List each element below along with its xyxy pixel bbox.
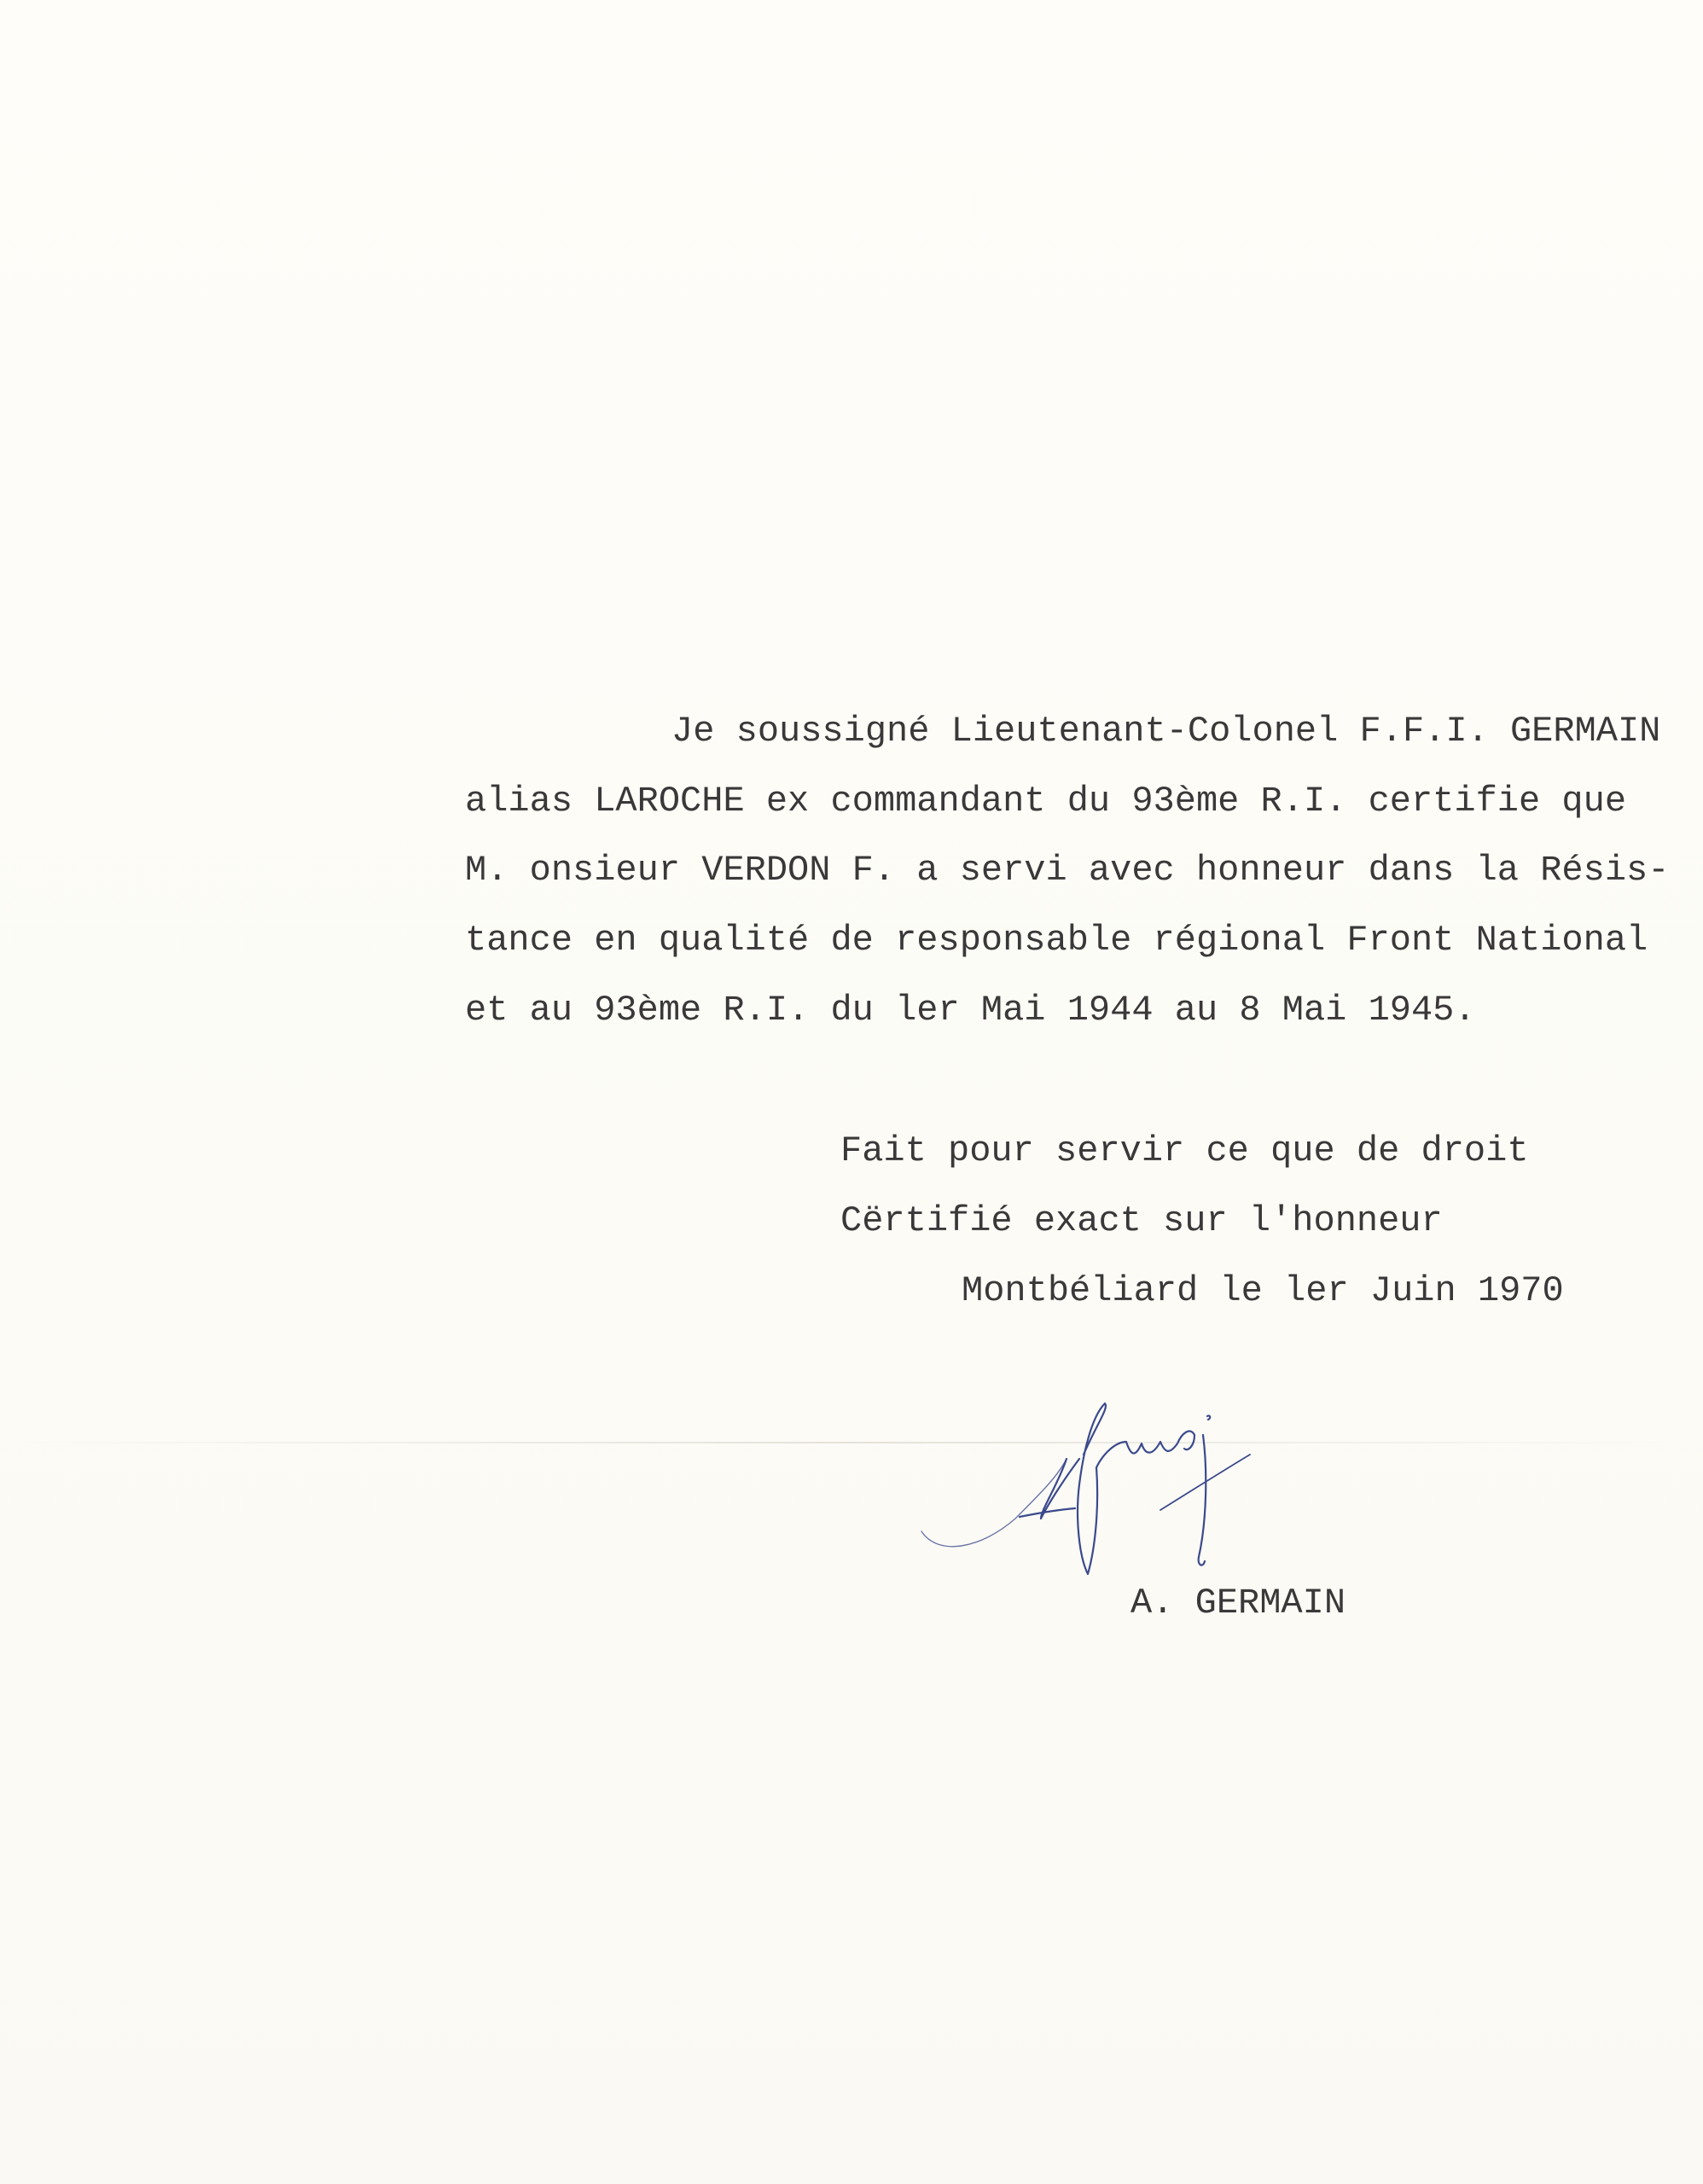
body-line-1: Je soussigné Lieutenant-Colonel F.F.I. G… [671,713,1660,749]
closing-line-date: Montbéliard le ler Juin 1970 [962,1273,1564,1309]
signatory-name: A. GERMAIN [1130,1585,1346,1621]
document-page: Je soussigné Lieutenant-Colonel F.F.I. G… [0,0,1703,2184]
paper-fold-line [0,1442,1703,1443]
body-line-4: tance en qualité de responsable régional… [465,922,1648,958]
closing-line-2: Cërtifié exact sur l'honneur [840,1203,1443,1239]
body-line-2: alias LAROCHE ex commandant du 93ème R.I… [465,783,1626,819]
closing-line-1: Fait pour servir ce que de droit [840,1133,1529,1169]
signature-icon [913,1374,1305,1578]
body-line-3: M. onsieur VERDON F. a servi avec honneu… [465,852,1669,888]
body-line-5: et au 93ème R.I. du ler Mai 1944 au 8 Ma… [465,992,1476,1028]
